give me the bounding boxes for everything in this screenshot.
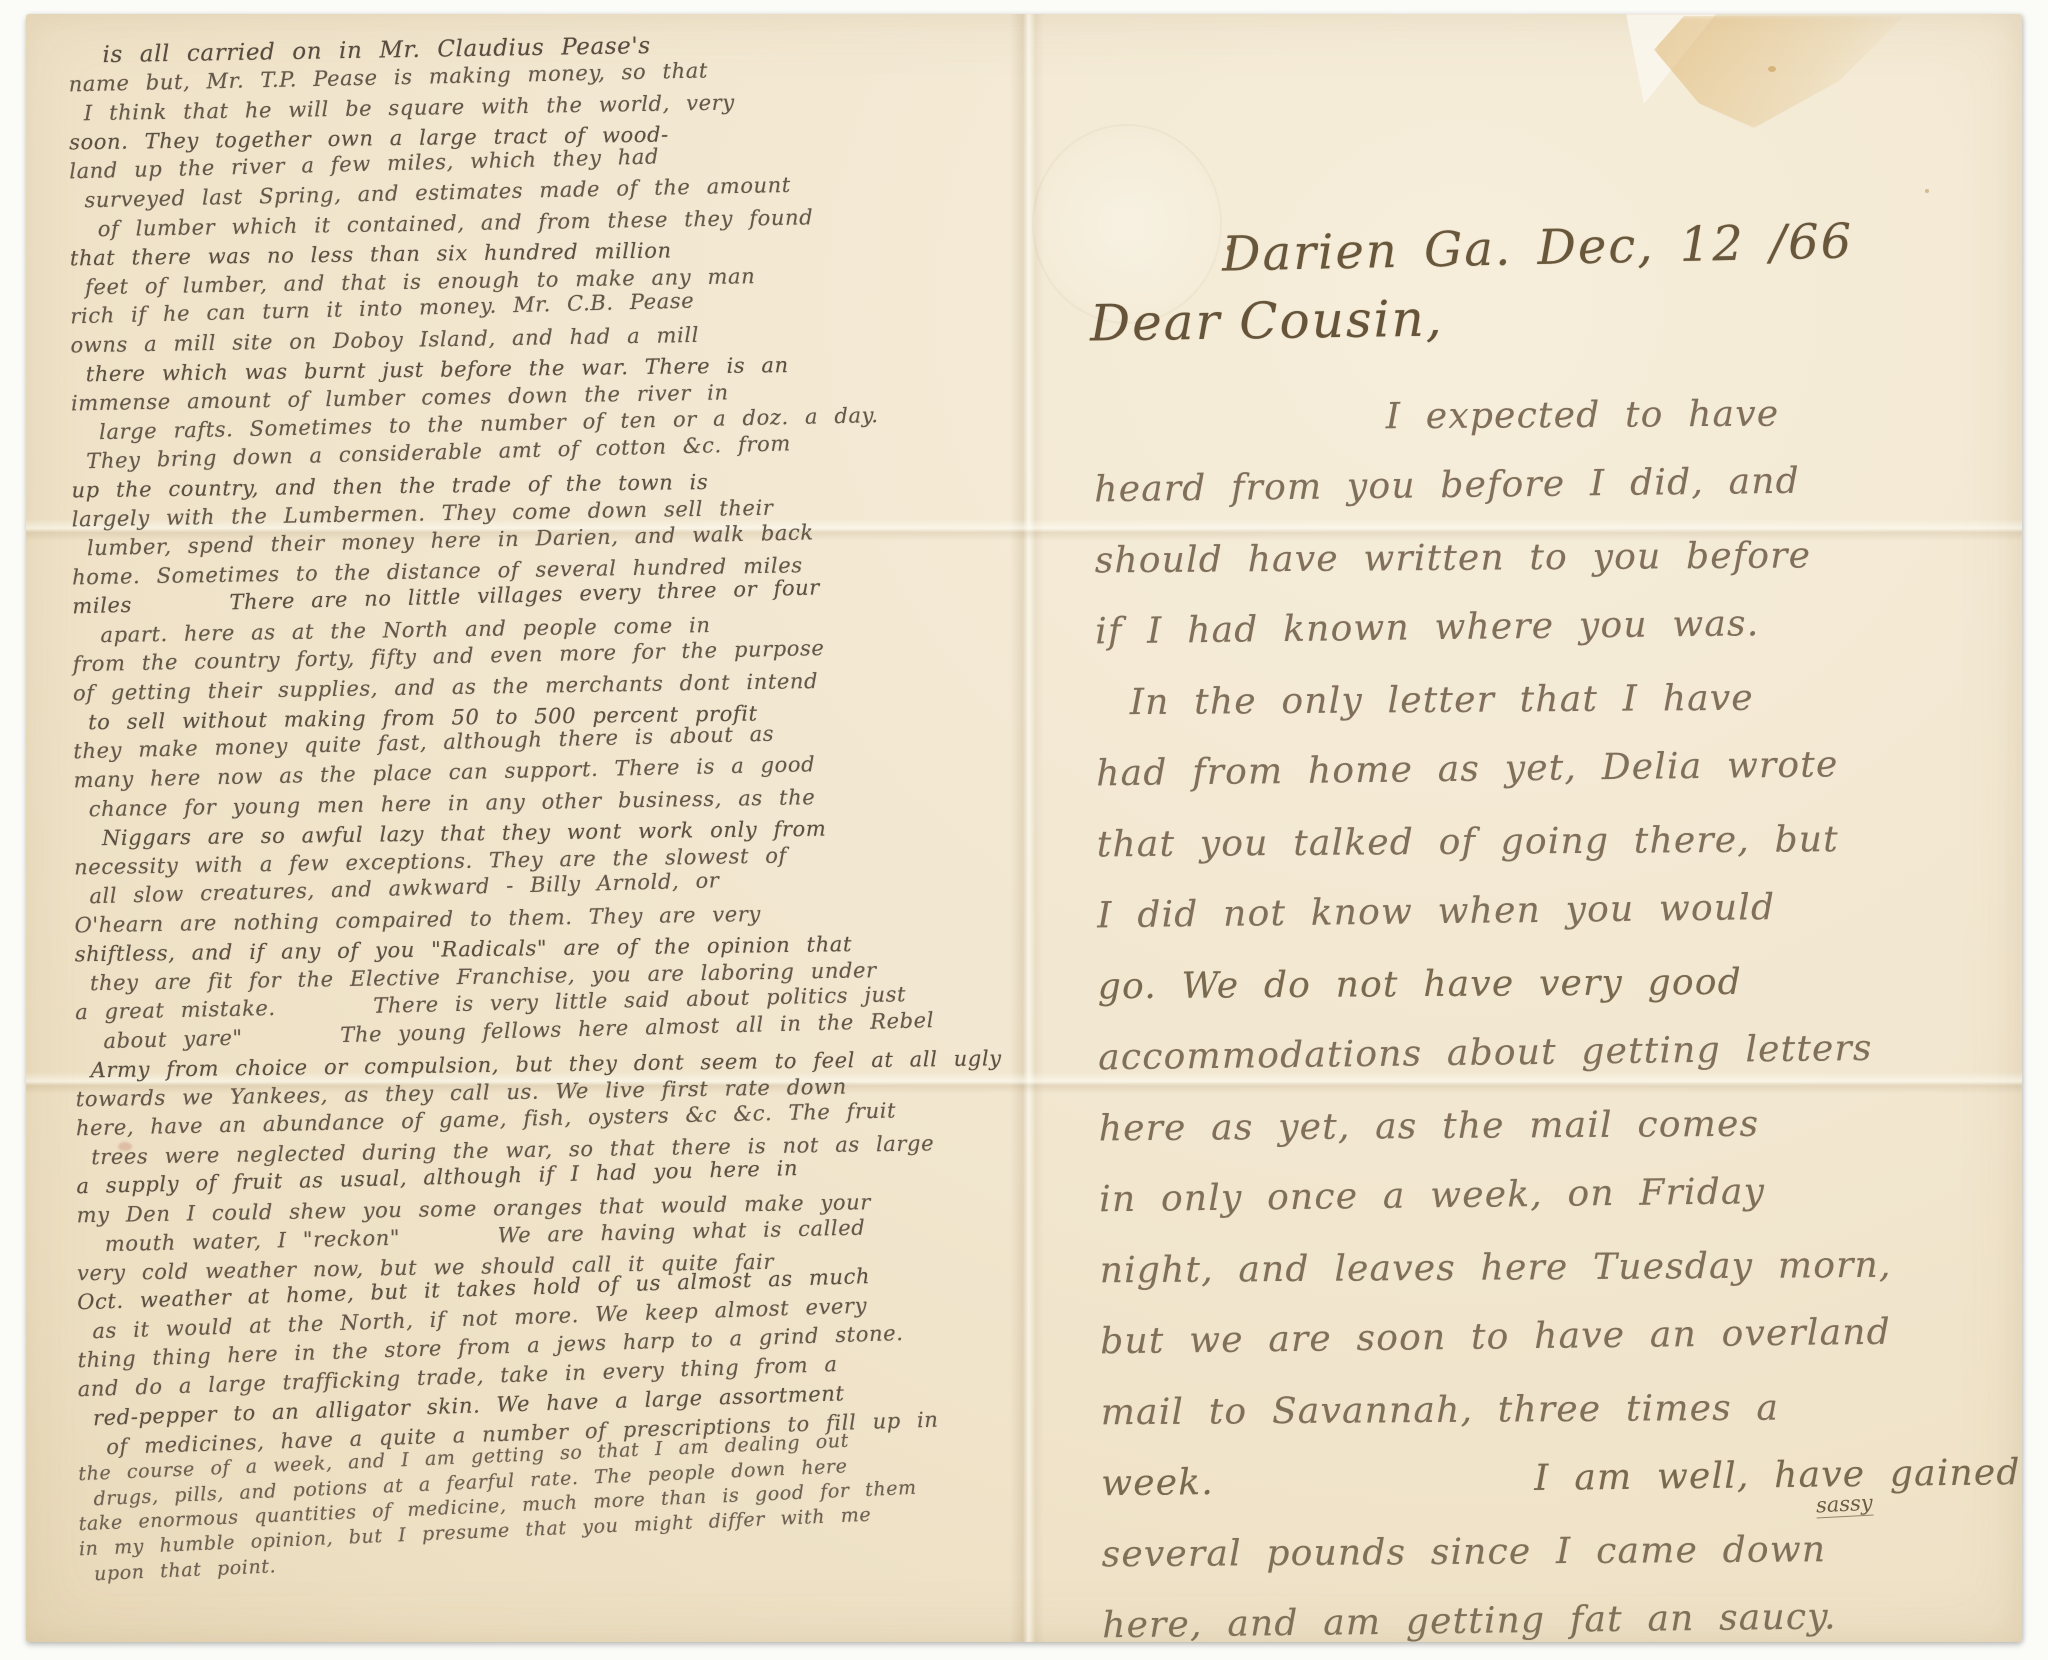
letter-line: if I had known where you was.	[1095, 585, 2046, 668]
letter-line: night, and leaves here Tuesday morn,	[1099, 1229, 2048, 1307]
letter-line: I did not know when you would	[1097, 869, 2048, 952]
letter-line: should have written to you before	[1095, 519, 2045, 597]
salutation: Dear Cousin,	[1090, 290, 1444, 353]
letter-line: that you talked of going there, but	[1097, 803, 2047, 881]
letter-line: here as yet, as the mail comes	[1099, 1087, 2048, 1165]
letter-page-left: is all carried on in Mr. Claudius Pease'…	[68, 35, 1029, 1642]
right-page-text: I expected to haveheard from you before …	[1094, 377, 2048, 1660]
letter-line: accommodations about getting letters	[1098, 1011, 2048, 1094]
dateline: Darien Ga. Dec, 12 /66	[1221, 213, 1853, 282]
letter-line: here, and am getting fat an saucy.	[1102, 1579, 2048, 1660]
letter-line: In the only letter that I have	[1096, 661, 2046, 739]
letter-line: heard from you before I did, and	[1094, 443, 2045, 526]
letter-line: go. We do not have very good	[1098, 945, 2048, 1023]
letter-line: but we are soon to have an overland	[1100, 1295, 2048, 1378]
letter-line: had from home as yet, Delia wrote	[1096, 727, 2047, 810]
letter-photo: is all carried on in Mr. Claudius Pease'…	[0, 0, 2048, 1660]
inserted-word-annotation: sassy	[1815, 1491, 1873, 1519]
letter-line: mail to Savannah, three times a	[1100, 1371, 2048, 1449]
letter-page-right: Darien Ga. Dec, 12 /66 Dear Cousin, I ex…	[1074, 34, 2046, 1648]
letter-sheet: is all carried on in Mr. Claudius Pease'…	[26, 14, 2022, 1642]
left-page-text: is all carried on in Mr. Claudius Pease'…	[68, 35, 1029, 1588]
letter-line: I expected to have	[1094, 377, 2044, 455]
letter-line: week. I am well, have gained	[1101, 1437, 2048, 1520]
letter-line: several pounds since I came down	[1101, 1513, 2048, 1591]
letter-line: in only once a week, on Friday	[1099, 1153, 2048, 1236]
